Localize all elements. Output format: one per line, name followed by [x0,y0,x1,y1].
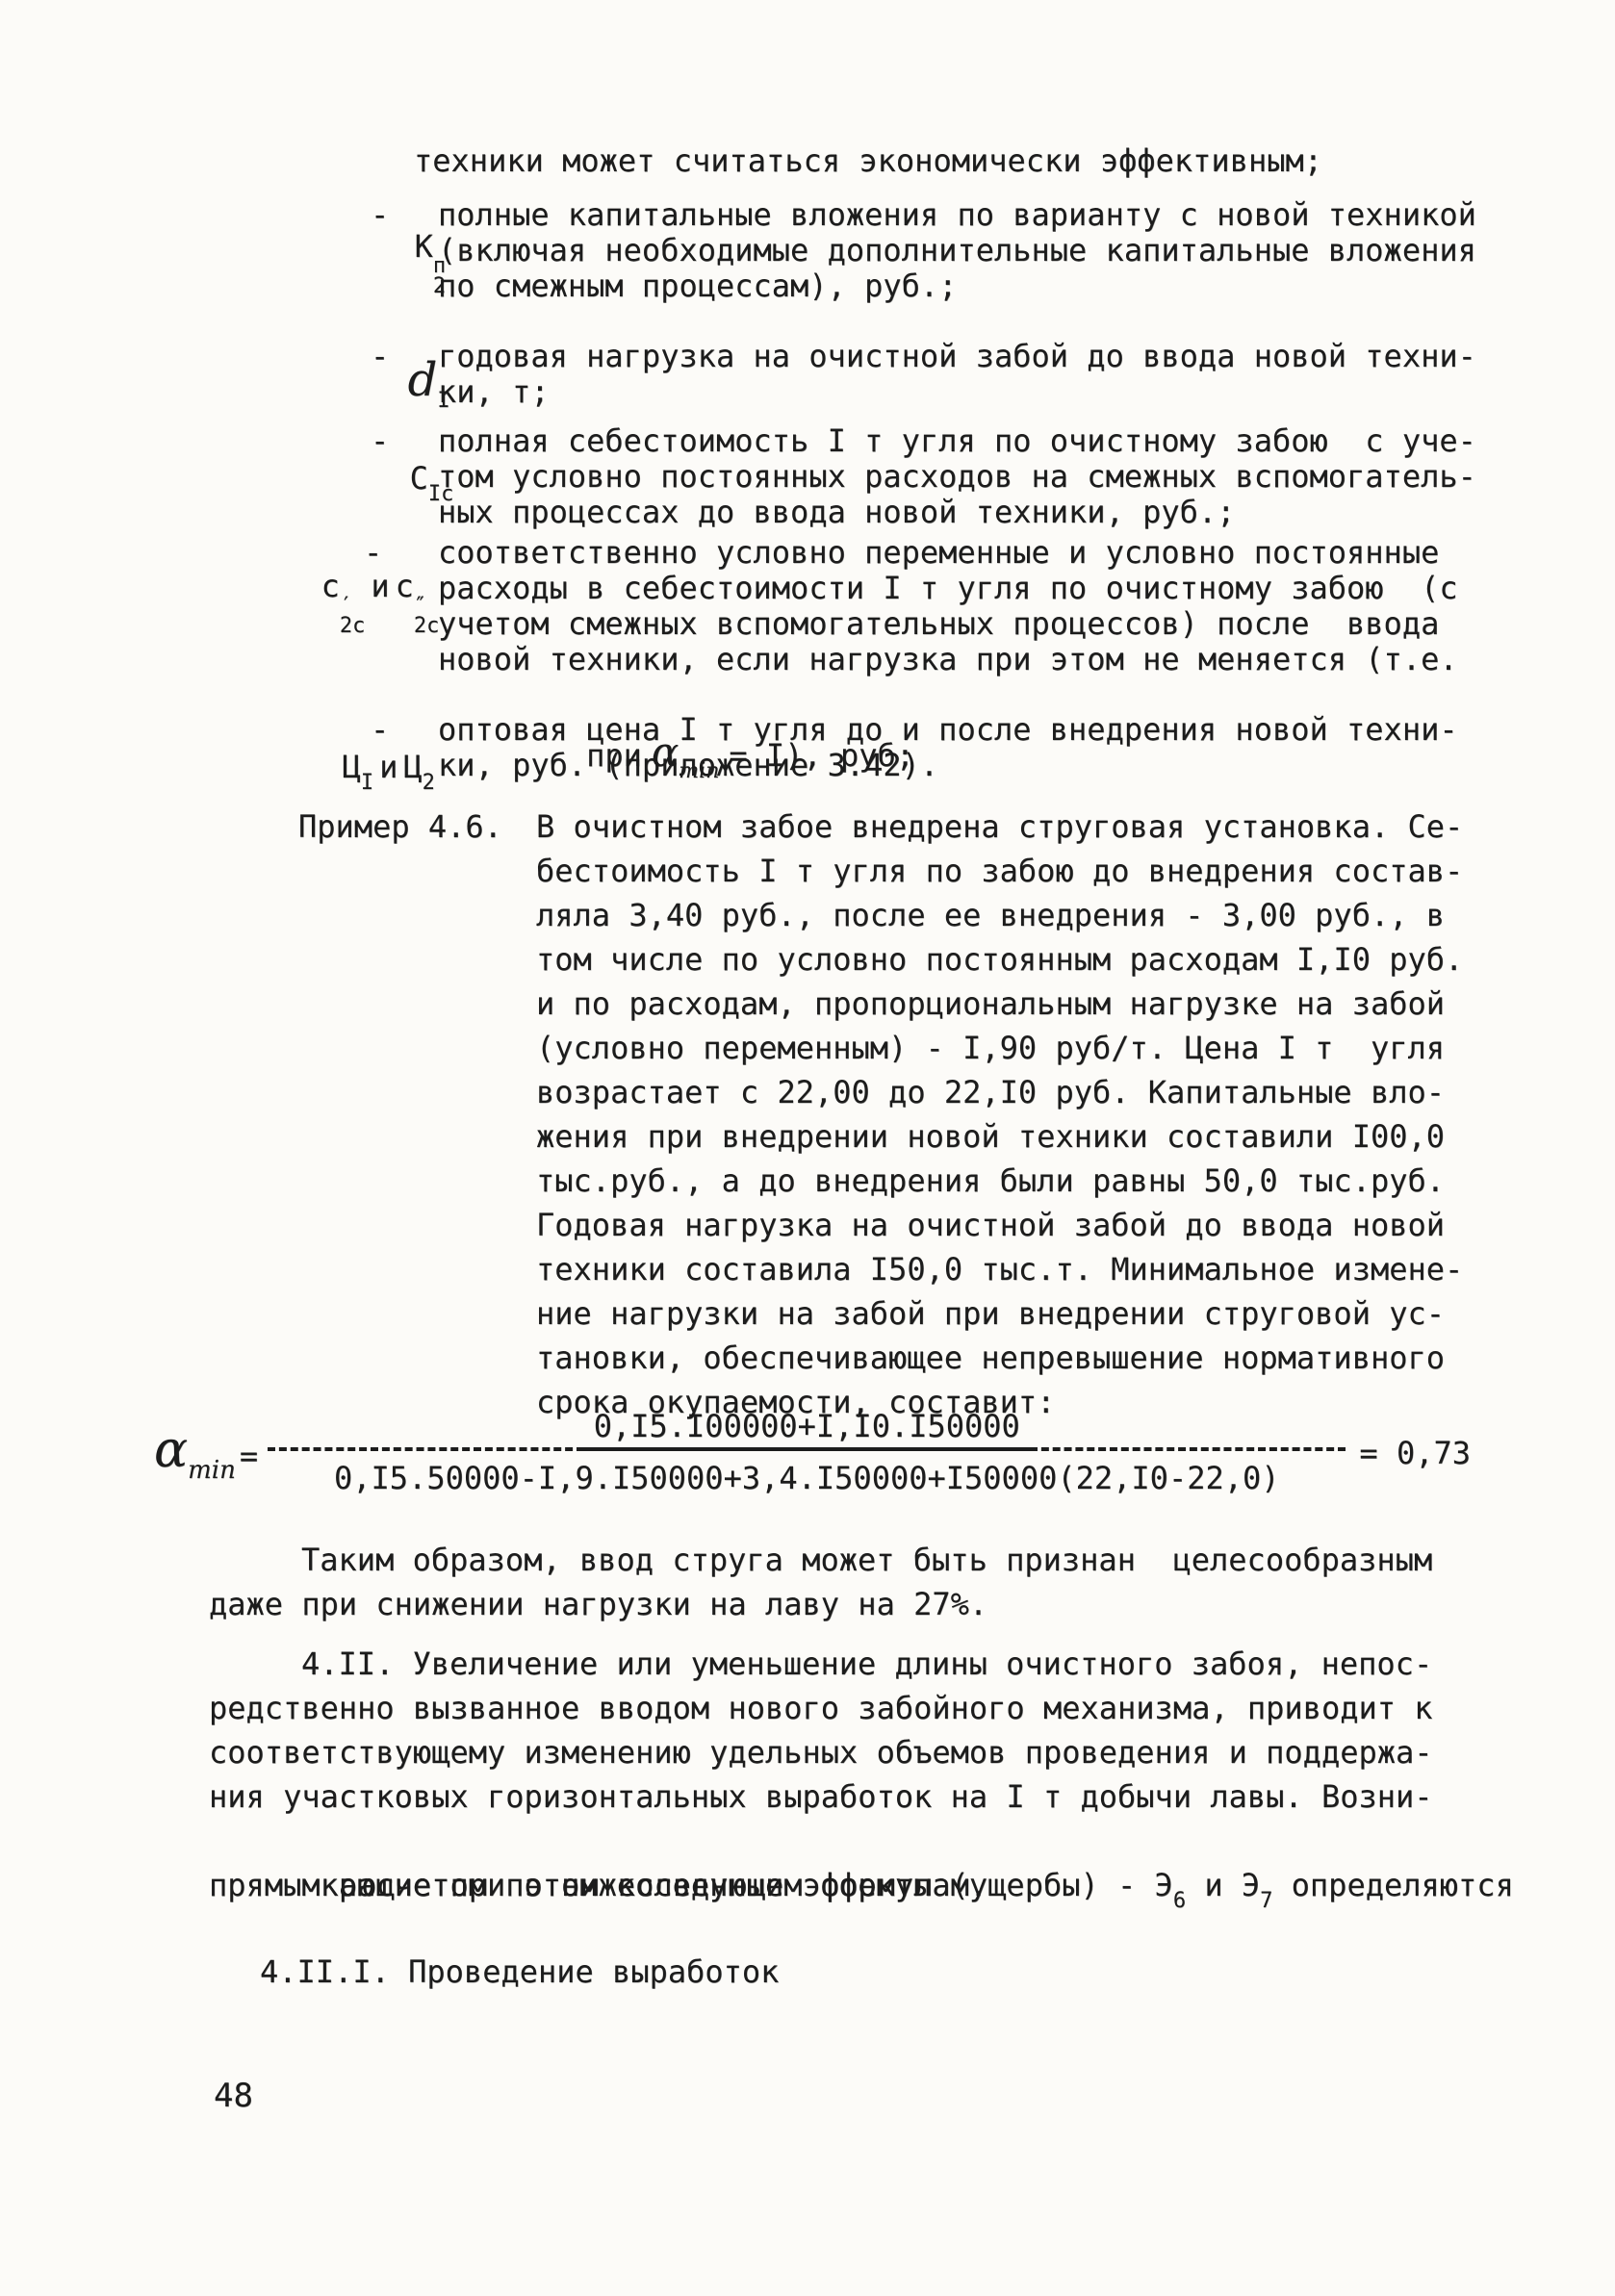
symbol-stack: ″2с [414,596,440,636]
symbol-subscript: 2с [414,616,440,636]
definition-line: ки, т; [438,374,1476,410]
definition-line: соответственно условно переменные и усло… [438,535,1458,571]
definition-line: новой техники, если нагрузка при этом не… [438,642,1458,677]
symbol-base: К [415,228,433,265]
paragraph-line: соответствующему изменению удельных объе… [209,1730,1514,1774]
definition-line: (включая необходимые дополнительные капи… [438,233,1476,268]
symbol-subscript: I [361,771,373,795]
formula-result: = 0,73 [1359,1435,1471,1471]
symbol-prime: ″ [414,596,426,616]
paragraph-line: ния участковых горизонтальных выработок … [209,1774,1514,1819]
symbol-base: Э [1242,1867,1260,1903]
definition-line: учетом смежных вспомогательных процессов… [438,606,1458,642]
symbol-base: d [408,353,438,407]
definition-text: полная себестоимость I т угля по очистно… [438,423,1476,530]
intro-line: техники может считаться экономически эфф… [414,142,1322,179]
example-body: В очистном забое внедрена струговая уста… [536,804,1463,1424]
paragraph-line: Таким образом, ввод струга может быть пр… [209,1538,1432,1582]
symbol-conjunction: и [365,568,395,604]
definition-dash: - [371,712,389,748]
symbol-subscript: 2с [340,616,366,636]
symbol-conjunction: и [373,749,403,785]
symbol-base: с [396,568,414,604]
example-line: возрастает с 22,00 до 22,I0 руб. Капитал… [536,1070,1463,1114]
equals-sign: = [240,1438,258,1474]
definition-text: полные капитальные вложения по варианту … [438,197,1476,304]
alpha-glyph: α [154,1421,188,1479]
definition-line: расходы в себестоимости I т угля по очис… [438,571,1458,606]
fraction-bar-left [268,1438,584,1451]
section-411-paragraph: 4.II. Увеличение или уменьшение длины оч… [209,1642,1514,1907]
example-line: тановки, обеспечивающее непревышение нор… [536,1336,1463,1380]
example-line: (условно переменным) - I,90 руб/т. Цена … [536,1026,1463,1070]
example-line: жения при внедрении новой техники состав… [536,1114,1463,1159]
section-heading: 4.II.I. Проведение выработок [260,1950,779,1994]
definition-line: по смежным процессам), руб.; [438,268,1476,304]
symbol-subscript: 7 [1260,1889,1272,1913]
paragraph-line-with-symbols: кающие при этом косвенные эффекты (ущерб… [209,1819,1514,1863]
conclusion-paragraph: Таким образом, ввод струга может быть пр… [209,1538,1432,1626]
fraction-numerator: 0,I5.I00000+I,I0.I50000 [584,1407,1030,1451]
symbol-base: Э [1155,1867,1173,1903]
definition-line: полная себестоимость I т угля по очистно… [438,423,1476,459]
symbol-base: Ц [403,749,422,785]
paragraph-line: даже при снижении нагрузки на лаву на 27… [209,1582,1432,1626]
symbol-prime: ′ [340,596,352,616]
example-line: бестоимость I т угля по забою до внедрен… [536,849,1463,893]
definition-line: оптовая цена I т угля до и после внедрен… [438,712,1458,748]
definition-text: оптовая цена I т угля до и после внедрен… [438,712,1458,783]
page-number: 48 [214,2077,253,2115]
alpha-min-formula: αmin= 0,I5.I00000+I,I0.I50000 0,I5.50000… [154,1407,1471,1499]
definition-symbol-c2c-pair: с′2сис″2с [210,531,439,673]
example-label: Пример 4.6. [298,804,502,849]
symbol-base: С [410,460,428,497]
example-line: Годовая нагрузка на очистной забой до вв… [536,1203,1463,1247]
paragraph-line: редственно вызванное вводом нового забой… [209,1686,1514,1730]
definition-text: годовая нагрузка на очистной забой до вв… [438,339,1476,410]
definition-dash: - [371,339,389,374]
line-text-mid: и [1186,1867,1242,1903]
fraction-bar-row: 0,I5.I00000+I,I0.I50000 [268,1407,1346,1451]
symbol-subscript: 6 [1173,1889,1186,1913]
example-line: тыс.руб., а до внедрения были равны 50,0… [536,1159,1463,1203]
paragraph-line: 4.II. Увеличение или уменьшение длины оч… [209,1642,1514,1686]
definition-line: годовая нагрузка на очистной забой до вв… [438,339,1476,374]
fraction-denominator: 0,I5.50000-I,9.I50000+3,4.I50000+I50000(… [268,1457,1346,1499]
effect-symbol-e7: Э7 [1242,1867,1273,1903]
definition-line: том условно постоянных расходов на смежн… [438,459,1476,495]
symbol-base: Ц [343,749,361,785]
example-line: В очистном забое внедрена струговая уста… [536,804,1463,849]
symbol-subscript: 2 [423,771,435,795]
symbol-stack: ′2с [340,596,366,636]
alpha-subscript: min [188,1456,236,1485]
formula-alpha-symbol: αmin= [154,1421,258,1485]
definition-line: ки, руб. (приложение 3.42). [438,748,1458,783]
symbol-base: с [321,568,340,604]
definition-text: соответственно условно переменные и усло… [438,535,1458,727]
definition-dash: - [371,197,389,233]
definition-line: ных процессах до ввода новой техники, ру… [438,495,1476,530]
definition-dash: - [371,423,389,459]
definition-line: полные капитальные вложения по варианту … [438,197,1476,233]
fraction-bar-right [1030,1438,1346,1451]
example-line: и по расходам, пропорциональным нагрузке… [536,982,1463,1026]
example-line: техники составила I50,0 тыс.т. Минимальн… [536,1247,1463,1291]
document-page: техники может считаться экономически эфф… [0,0,1615,2296]
definition-dash: - [364,535,382,571]
example-line: том числе по условно постоянным расходам… [536,937,1463,982]
example-line: ляла 3,40 руб., после ее внедрения - 3,0… [536,893,1463,937]
example-line: ние нагрузки на забой при внедрении стру… [536,1291,1463,1336]
line-text-post: определяются [1272,1867,1513,1903]
fraction: 0,I5.I00000+I,I0.I50000 0,I5.50000-I,9.I… [268,1407,1346,1499]
effect-symbol-e6: Э6 [1155,1867,1187,1903]
